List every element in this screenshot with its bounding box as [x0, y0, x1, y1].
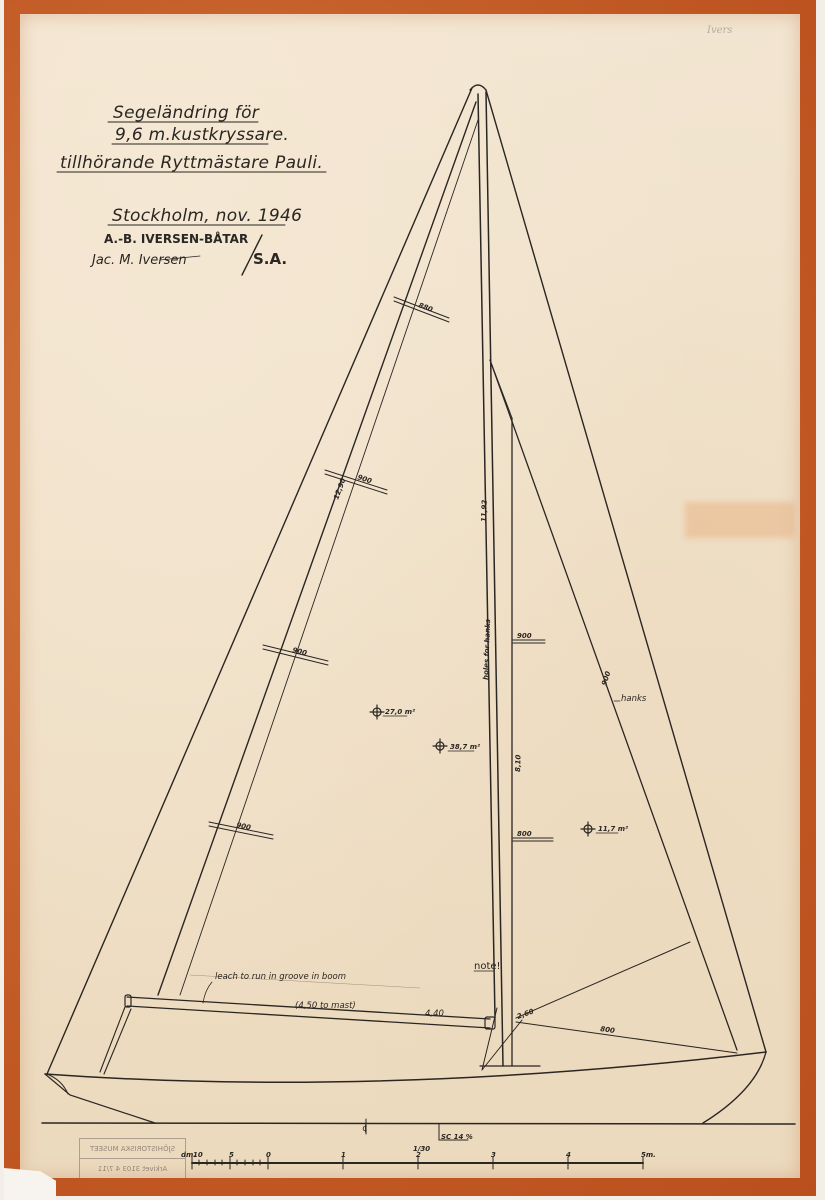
batten-label-3: 900 — [292, 646, 308, 657]
signature: Jac. M. Iversen — [89, 253, 187, 268]
staysail-batten-1: 900 — [517, 632, 532, 640]
archive-stamp: SJÖHISTORISKA MUSEET Arkivet 3103 4 7/11 — [79, 1138, 186, 1180]
foot-dimension-a: 2,60 — [516, 1007, 535, 1020]
batten-label-2: 900 — [356, 473, 372, 485]
company-name: A.-B. IVERSEN-BÅTAR — [104, 231, 248, 246]
scale-tick-4: 4 — [566, 1151, 571, 1159]
title-line-1: Segeländring för — [113, 103, 260, 123]
staysail-batten-2: 800 — [517, 830, 532, 838]
batten-label-4: 900 — [236, 821, 252, 832]
sail-plan-drawing: Segeländring för 9,6 m.kustkryssare. til… — [0, 0, 825, 1200]
scale-tick-5m: 5m. — [641, 1151, 656, 1159]
boom-length: 4,40 — [425, 1009, 444, 1019]
luff-dimension: 12,90 — [332, 477, 347, 501]
scale-tick-2: 2 — [416, 1151, 421, 1159]
scale-tick-0: 0 — [266, 1151, 271, 1159]
batten-label-1: 880 — [417, 301, 434, 314]
mast-dimension: 11,92 — [480, 500, 489, 523]
foot-dimension-b: 800 — [600, 1025, 616, 1035]
note-label: note! — [474, 961, 501, 972]
boom-note: leach to run in groove in boom — [215, 972, 346, 982]
area-main: 27,0 m² — [385, 708, 416, 716]
area-total: 38,7 m² — [450, 743, 481, 751]
area-fore: 11,7 m² — [598, 825, 629, 833]
boom-length-note: (4,50 to mast) — [295, 1001, 356, 1011]
title-line-3: tillhörande Ryttmästare Pauli. — [60, 153, 323, 173]
stamp-line-1: SJÖHISTORISKA MUSEET — [80, 1139, 185, 1159]
scale-tick-1: 1 — [341, 1151, 346, 1159]
scale-tick-3: 3 — [491, 1151, 496, 1159]
jib-note: hanks — [621, 694, 647, 704]
initials: S.A. — [253, 250, 287, 268]
staysail-dimension: 8,10 — [514, 754, 523, 772]
title-line-2: 9,6 m.kustkryssare. — [115, 125, 289, 145]
stamp-line-2: Arkivet 3103 4 7/11 — [80, 1159, 185, 1179]
scale-tick-5: 5 — [229, 1151, 234, 1159]
scale-tick-10: 10 — [193, 1151, 203, 1159]
mast-note: holes for hanks — [482, 619, 492, 680]
place-date: Stockholm, nov. 1946 — [112, 206, 302, 226]
station-mark: SC 14 % — [441, 1133, 473, 1141]
centerline-mark: ¢ — [362, 1124, 368, 1134]
